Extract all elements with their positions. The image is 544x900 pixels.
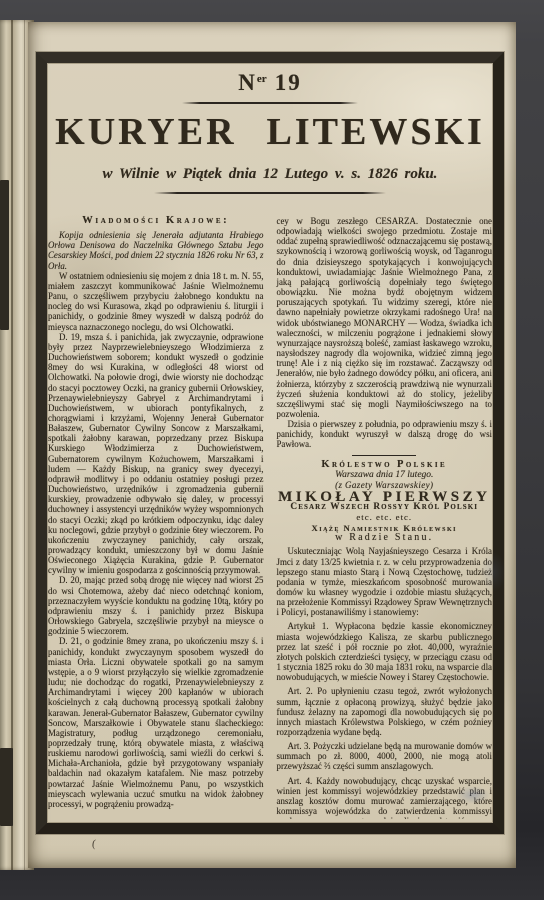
issue-superscript: er <box>257 73 267 85</box>
section-heading-domestic-news: Wiadomości Krajowe: <box>48 216 264 226</box>
ruler-name: MIKOŁAY PIERWSZY <box>277 492 493 502</box>
ruler-titles: Cesarz Wszech Rossyy Król Polski <box>277 502 493 512</box>
masthead-title-word: LITEWSKI <box>267 113 485 153</box>
column-left: Wiadomości Krajowe: Kopija odniesienia s… <box>48 216 264 819</box>
masthead-title: KURYER LITEWSKI <box>47 113 493 153</box>
masthead: Ner19 KURYER LITEWSKI w Wilnie w Piątek … <box>47 63 493 211</box>
paragraph-continuation: cey w Bogu zeszłego CESARZA. Dostateczni… <box>277 216 493 419</box>
issue-number: Ner19 <box>47 70 493 96</box>
page-edge-line <box>24 20 25 870</box>
ink-smudge: ( <box>91 838 96 850</box>
kingdom-heading: Królestwo Polskie <box>277 460 493 470</box>
page-edge-line <box>11 20 13 870</box>
paragraph-article-1: Artykuł 1. Wypłacona będzie kassie ekono… <box>277 621 493 682</box>
kingdom-dateline: Warszawa dnia 17 lutego. <box>277 470 493 480</box>
council-line: w Radzie Stanu. <box>277 533 493 543</box>
issue-value: 19 <box>275 70 302 95</box>
paragraph-copy-note: Kopija odniesienia się Jenerała adjutant… <box>48 230 264 271</box>
paragraph-article-2: Art. 2. Po upłynieniu czasu tegoż, zwrót… <box>277 686 493 737</box>
section-heading-kingdom-of-poland: Królestwo Polskie Warszawa dnia 17 luteg… <box>277 460 493 543</box>
paragraph: Dzisia o pierwszey z południa, po odpraw… <box>277 419 493 449</box>
masthead-title-word: KURYER <box>55 113 236 153</box>
adjacent-page-frame-fragment <box>0 180 9 330</box>
paragraph: D. 21, o godzinie 8mey zrana, po ukończe… <box>48 636 264 809</box>
paragraph: W ostatniem odniesieniu się mojem z dnia… <box>48 271 264 332</box>
masthead-rule-top <box>182 102 358 104</box>
masthead-rule-bottom <box>154 192 386 195</box>
paragraph: D. 20, mając przed sobą drogę nie więcey… <box>48 575 264 636</box>
masthead-dateline: w Wilnie w Piątek dnia 12 Lutego v. s. 1… <box>47 166 493 183</box>
article-columns: Wiadomości Krajowe: Kopija odniesienia s… <box>47 211 493 819</box>
section-divider-rule <box>352 455 416 457</box>
issue-prefix: N <box>238 70 257 95</box>
adjacent-page-frame-fragment <box>0 748 13 826</box>
column-right: cey w Bogu zeszłego CESARZA. Dostateczni… <box>277 216 493 819</box>
page-frame: Ner19 KURYER LITEWSKI w Wilnie w Piątek … <box>36 52 504 834</box>
paragraph-article-3: Art. 3. Pożyczki udzielane będą na murow… <box>277 741 493 771</box>
newspaper-page: Ner19 KURYER LITEWSKI w Wilnie w Piątek … <box>28 22 516 868</box>
ruler-etc: etc. etc. etc. <box>277 512 493 522</box>
paragraph-decree-preamble: Uskuteczniając Wolą Nayjaśnieyszego Cesa… <box>277 546 493 617</box>
paragraph: D. 19, msza ś. i panichida, jak zwyczayn… <box>48 332 264 576</box>
paragraph-article-4: Art. 4. Każdy nowobudujący, chcąc uzyska… <box>277 776 493 819</box>
